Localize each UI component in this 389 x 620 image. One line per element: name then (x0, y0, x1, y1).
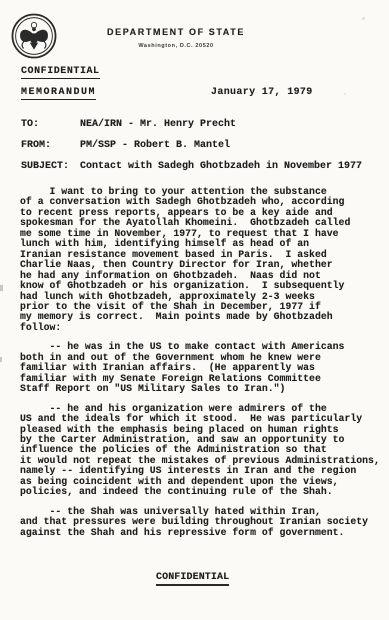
routing-block: TO: NEA/IRN - Mr. Henry Precht FROM: PM/… (21, 120, 371, 183)
from-value: PM/SSP - Robert B. Mantel (80, 141, 371, 151)
from-label: FROM: (21, 141, 80, 151)
to-value: NEA/IRN - Mr. Henry Precht (80, 120, 371, 130)
letterhead-agency: DEPARTMENT OF STATE (0, 27, 352, 37)
to-label: TO: (21, 120, 80, 130)
letterhead-address: Washington, D.C. 20520 (0, 43, 352, 49)
routing-row-from: FROM: PM/SSP - Robert B. Mantel (21, 141, 371, 151)
body-paragraph-intro: I want to bring to your attention the su… (20, 187, 382, 333)
routing-row-to: TO: NEA/IRN - Mr. Henry Precht (21, 120, 371, 130)
subject-label: SUBJECT: (21, 162, 80, 172)
memo-body: I want to bring to your attention the su… (20, 187, 382, 538)
memo-date: January 17, 1979 (211, 87, 313, 98)
scan-speck (344, 93, 346, 95)
classification-marking-top: CONFIDENTIAL (21, 66, 100, 79)
scan-edge-mark (0, 285, 3, 291)
document-type-label: MEMORANDUM (21, 87, 96, 100)
body-paragraph-point-1: -- he was in the US to make contact with… (20, 342, 382, 394)
memo-page: DEPARTMENT OF STATE Washington, D.C. 205… (0, 0, 389, 620)
subject-value: Contact with Sadegh Ghotbzadeh in Novemb… (80, 162, 371, 172)
scan-speck (362, 17, 365, 20)
body-paragraph-point-2: -- he and his organization were admirers… (20, 404, 382, 498)
classification-marking-bottom: CONFIDENTIAL (156, 572, 229, 586)
scan-edge-mark (0, 357, 2, 362)
body-paragraph-point-3: -- the Shah was universally hated within… (20, 507, 382, 538)
routing-row-subject: SUBJECT: Contact with Sadegh Ghotbzadeh … (21, 162, 371, 172)
